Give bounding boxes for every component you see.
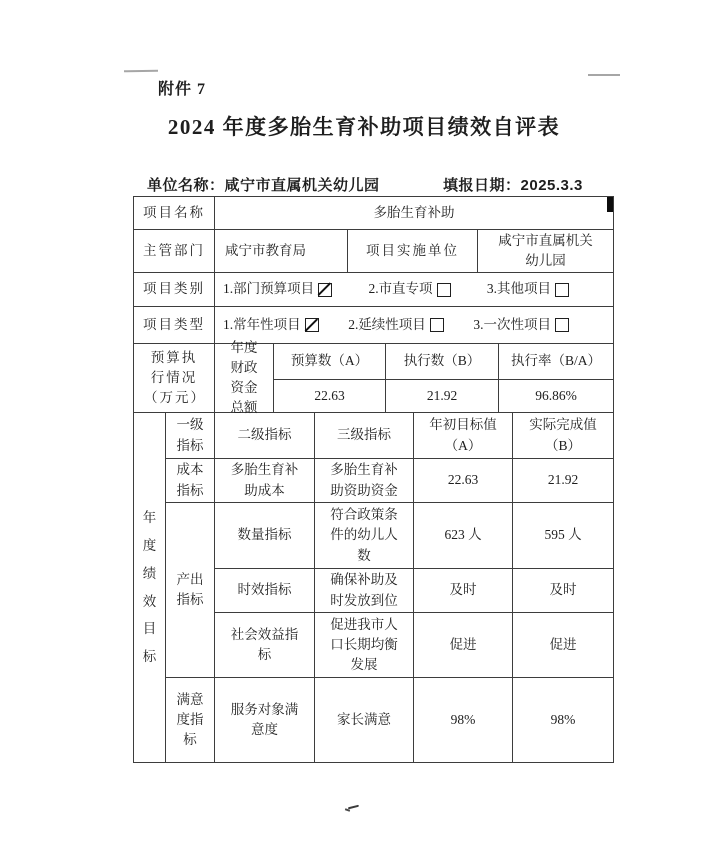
cell-social-target: 促进: [414, 613, 513, 678]
cell-budget-col-header: 预算数（A）: [274, 344, 386, 380]
cell-budget-value: 22.63: [274, 380, 386, 413]
document-title: 2024 年度多胎生育补助项目绩效自评表: [0, 111, 728, 141]
cell-quantity-actual: 595 人: [513, 503, 614, 569]
category-options: 1.部门预算项目 2.市直专项 3.其他项目: [215, 273, 614, 307]
cell-project-name-label: 项目名称: [134, 197, 215, 230]
type-option-1: 1.常年性项目: [223, 315, 319, 335]
unit-name-label: 单位名称：: [147, 177, 225, 194]
type-options: 1.常年性项目 2.延续性项目 3.一次性项目: [215, 307, 614, 344]
cell-impl-unit-value: 咸宁市直属机关幼儿园: [478, 230, 614, 273]
cell-satisfaction-actual: 98%: [513, 678, 614, 763]
cell-satisfaction-target: 98%: [414, 678, 513, 763]
cell-impl-unit-label: 项目实施单位: [348, 230, 478, 273]
category-option-3: 3.其他项目: [487, 279, 569, 299]
cell-category-label: 项目类别: [134, 273, 215, 307]
checked-checkbox-icon: [305, 318, 319, 332]
option-label: 1.部门预算项目: [223, 279, 314, 299]
cell-satisfaction-l2: 服务对象满意度: [215, 678, 315, 763]
cell-cost-l1: 成本指标: [166, 459, 215, 503]
cell-quantity-target: 623 人: [414, 503, 513, 569]
cell-annual-fund-label: 年度财政资金总额: [215, 344, 274, 413]
scan-ink-artifact: [607, 197, 613, 212]
unit-name-value: 咸宁市直属机关幼儿园: [225, 177, 380, 194]
cell-timeliness-target: 及时: [414, 569, 513, 613]
cell-quantity-l2: 数量指标: [215, 503, 315, 569]
scan-mark-top-left: [124, 70, 158, 73]
cell-social-l2: 社会效益指标: [215, 613, 315, 678]
cell-rate-col-header: 执行率（B/A）: [499, 344, 614, 380]
type-option-2: 2.延续性项目: [348, 315, 444, 335]
checkbox-icon: [430, 318, 444, 332]
attachment-label: 附件 7: [158, 76, 206, 99]
cell-cost-l3: 多胎生育补助资助资金: [315, 459, 414, 503]
checkbox-icon: [555, 283, 569, 297]
cell-timeliness-l2: 时效指标: [215, 569, 315, 613]
cell-header-target: 年初目标值（A）: [414, 413, 513, 459]
checkbox-icon: [555, 318, 569, 332]
category-option-1: 1.部门预算项目: [223, 279, 332, 299]
report-date-value: 2025.3.3: [521, 177, 583, 194]
option-label: 3.一次性项目: [473, 315, 551, 335]
unit-name-line: 单位名称：咸宁市直属机关幼儿园: [147, 174, 380, 195]
cell-output-group-label: 产出指标: [166, 503, 215, 678]
checked-checkbox-icon: [318, 283, 332, 297]
cell-dept-label: 主管部门: [134, 230, 215, 273]
option-label: 1.常年性项目: [223, 315, 301, 335]
report-date-label: 填报日期：: [443, 177, 521, 194]
option-label: 3.其他项目: [487, 279, 551, 299]
page-number-mark: [345, 803, 363, 813]
cell-dept-value: 咸宁市教育局: [215, 230, 348, 273]
side-label-text: 年度绩效目标: [142, 504, 157, 670]
cell-header-l3: 三级指标: [315, 413, 414, 459]
checkbox-icon: [437, 283, 451, 297]
cell-satisfaction-l1: 满意度指标: [166, 678, 215, 763]
cell-rate-value: 96.86%: [499, 380, 614, 413]
cell-header-l2: 二级指标: [215, 413, 315, 459]
cell-exec-value: 21.92: [386, 380, 499, 413]
scan-mark-top-right: [588, 74, 620, 76]
cell-header-l1: 一级指标: [166, 413, 215, 459]
cell-project-name-value: 多胎生育补助: [215, 197, 614, 230]
annual-performance-side-label: 年度绩效目标: [134, 413, 166, 763]
cell-cost-target: 22.63: [414, 459, 513, 503]
category-option-2: 2.市直专项: [368, 279, 450, 299]
scanned-document-page: 附件 7 2024 年度多胎生育补助项目绩效自评表 单位名称：咸宁市直属机关幼儿…: [0, 0, 728, 866]
report-date-line: 填报日期：2025.3.3: [443, 174, 583, 195]
cell-exec-col-header: 执行数（B）: [386, 344, 499, 380]
cell-satisfaction-l3: 家长满意: [315, 678, 414, 763]
cell-timeliness-actual: 及时: [513, 569, 614, 613]
cell-social-l3: 促进我市人口长期均衡发展: [315, 613, 414, 678]
cell-quantity-l3: 符合政策条件的幼儿人数: [315, 503, 414, 569]
evaluation-table: 项目名称 多胎生育补助 主管部门 咸宁市教育局 项目实施单位 咸宁市直属机关幼儿…: [133, 196, 614, 763]
type-option-3: 3.一次性项目: [473, 315, 569, 335]
cell-budget-row-label: 预算执行情况（万元）: [134, 344, 215, 413]
option-label: 2.市直专项: [368, 279, 432, 299]
cell-social-actual: 促进: [513, 613, 614, 678]
cell-header-actual: 实际完成值（B）: [513, 413, 614, 459]
option-label: 2.延续性项目: [348, 315, 426, 335]
cell-type-label: 项目类型: [134, 307, 215, 344]
cell-cost-actual: 21.92: [513, 459, 614, 503]
cell-timeliness-l3: 确保补助及时发放到位: [315, 569, 414, 613]
cell-cost-l2: 多胎生育补助成本: [215, 459, 315, 503]
